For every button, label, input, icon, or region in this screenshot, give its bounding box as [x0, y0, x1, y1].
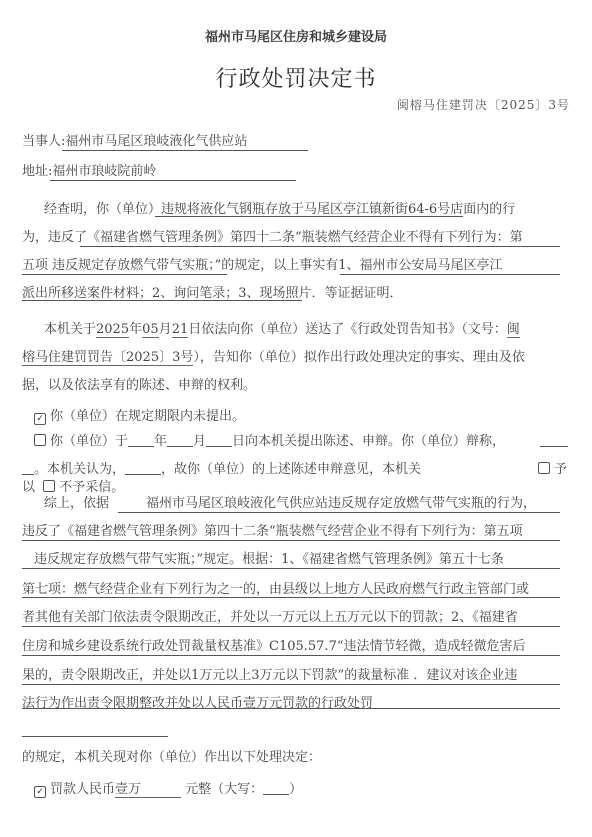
submitted-month-blank[interactable]: [167, 434, 193, 447]
fine-capital-blank[interactable]: [263, 782, 289, 795]
opinion-blank[interactable]: [125, 462, 161, 475]
document-title: 行政处罚决定书: [0, 62, 592, 93]
party-underline: [62, 150, 308, 151]
reject-checkbox[interactable]: [43, 480, 55, 492]
conclusion-underline-5: [22, 626, 560, 627]
conclusion-line-4: 第七项：燃气经营企业有下列行为之一的，由县级以上地方人民政府燃气行政主管部门或: [22, 578, 529, 597]
conclusion-underline-3: [22, 568, 560, 569]
option-submitted-line-2: 。本机关认为，，故你（单位）的上述陈述申辩意见，本机关: [22, 458, 421, 477]
findings-underline-2: [80, 246, 560, 247]
address-label: 地址:: [22, 164, 52, 179]
conclusion-line-3: 违反规定存放燃气带气实瓶；”规定。根据：1、《福建省燃气管理条例》第五十七条: [34, 548, 504, 567]
notice-line-1: 本机关于2025年05月21日依法向你（单位）送达了《行政处罚告知书》（文号：闽: [44, 318, 520, 337]
findings-underline-1: [155, 216, 463, 217]
address-underline: [50, 180, 296, 181]
conclusion-line-6: 住房和城乡建设系统行政处罚裁量权基准》C105.57.7“违法情节轻微，造成轻微…: [22, 635, 525, 654]
accept-checkbox[interactable]: [538, 462, 550, 474]
decision-fine: ✓罚款人民币壹万 元整（大写：）: [34, 778, 302, 798]
notice-docno: 榕马住建罚罚告〔2025〕3号: [22, 350, 193, 366]
notice-line-3: 据，以及依法享有的陈述、申辩的权利。: [22, 374, 256, 393]
party-field: 当事人:福州市马尾区琅岐液化气供应站: [22, 130, 247, 149]
findings-line-1: 经查明，你（单位）违规将液化气钢瓶存放于马尾区亭江镇新街64-6号店面内的行: [44, 198, 515, 217]
findings-line-4: 派出所移送案件材料；2、询问笔录；3、现场照片．等证据证明．: [22, 282, 403, 301]
claim-blank: [540, 446, 568, 447]
findings-underline-3b: [340, 274, 560, 275]
notice-day: 21: [172, 322, 189, 338]
fine-amount[interactable]: 壹万: [115, 778, 181, 798]
conclusion-line-2: 违反了《福建省燃气管理条例》第四十二条“瓶装燃气经营企业不得有下列行为：第五项: [22, 520, 523, 539]
submitted-day-blank[interactable]: [206, 434, 232, 447]
party-value: 福州市马尾区琅岐液化气供应站: [65, 134, 247, 149]
document-number: 闽榕马住建罚决〔2025〕3号: [397, 96, 570, 113]
option-submitted: 你（单位）于年月日向本机关提出陈述、申辩。你（单位）辩称，: [34, 430, 505, 449]
notice-line-2: 榕马住建罚罚告〔2025〕3号），告知你（单位）拟作出行政处理决定的事实、理由及…: [22, 346, 525, 365]
findings-line-2: 为，违反了《福建省燃气管理条例》第四十二条“瓶装燃气经营企业不得有下列行为：第: [22, 226, 523, 245]
option-accept: 予: [538, 458, 567, 477]
conclusion-underline-8: [22, 708, 560, 709]
conclusion-line-1: 福州市马尾区琅岐液化气供应站违反规存定放燃气带气实瓶的行为，: [146, 492, 536, 511]
findings-underline-3a: [22, 274, 227, 275]
conclusion-underline-9: [22, 736, 168, 737]
conclusion-underline-4: [22, 597, 560, 598]
option-not-submitted: ✓你（单位）在规定期限内未提出。: [34, 405, 245, 425]
conclusion-underline-1: [118, 512, 560, 513]
issuing-agency: 福州市马尾区住房和城乡建设局: [0, 26, 592, 45]
conclusion-underline-7: [22, 684, 560, 685]
conclusion-line-7: 果的，责令限期改正，并处以1万元以上3万元以下罚款”的裁量标准 ．建议对该企业违: [22, 664, 517, 683]
submitted-year-blank[interactable]: [128, 434, 154, 447]
conclusion-line-5: 者其他有关部门依法责令限期改正，并处以一万元以上五万元以下的罚款；2、《福建省: [22, 606, 518, 625]
address-value: 福州市琅岐院前岭: [52, 164, 156, 179]
address-field: 地址:福州市琅岐院前岭: [22, 160, 156, 179]
conclusion-underline-2: [22, 540, 560, 541]
not-submitted-checkbox[interactable]: ✓: [34, 413, 46, 425]
conclusion-underline-6: [22, 655, 560, 656]
conclusion-lead: 综上，依据: [44, 492, 109, 511]
findings-underline-4: [22, 300, 302, 301]
submitted-checkbox[interactable]: [34, 434, 46, 446]
notice-year: 2025: [96, 322, 129, 338]
notice-month: 05: [142, 322, 159, 338]
conclusion-tail: 的规定，本机关现对你（单位）作出以下处理决定：: [22, 746, 321, 765]
party-label: 当事人:: [22, 134, 65, 149]
fine-checkbox[interactable]: ✓: [34, 786, 46, 798]
findings-line-3: 五项 违反规定存放燃气带气实瓶；”的规定，以上事实有1、福州市公安局马尾区亭江: [22, 254, 503, 273]
